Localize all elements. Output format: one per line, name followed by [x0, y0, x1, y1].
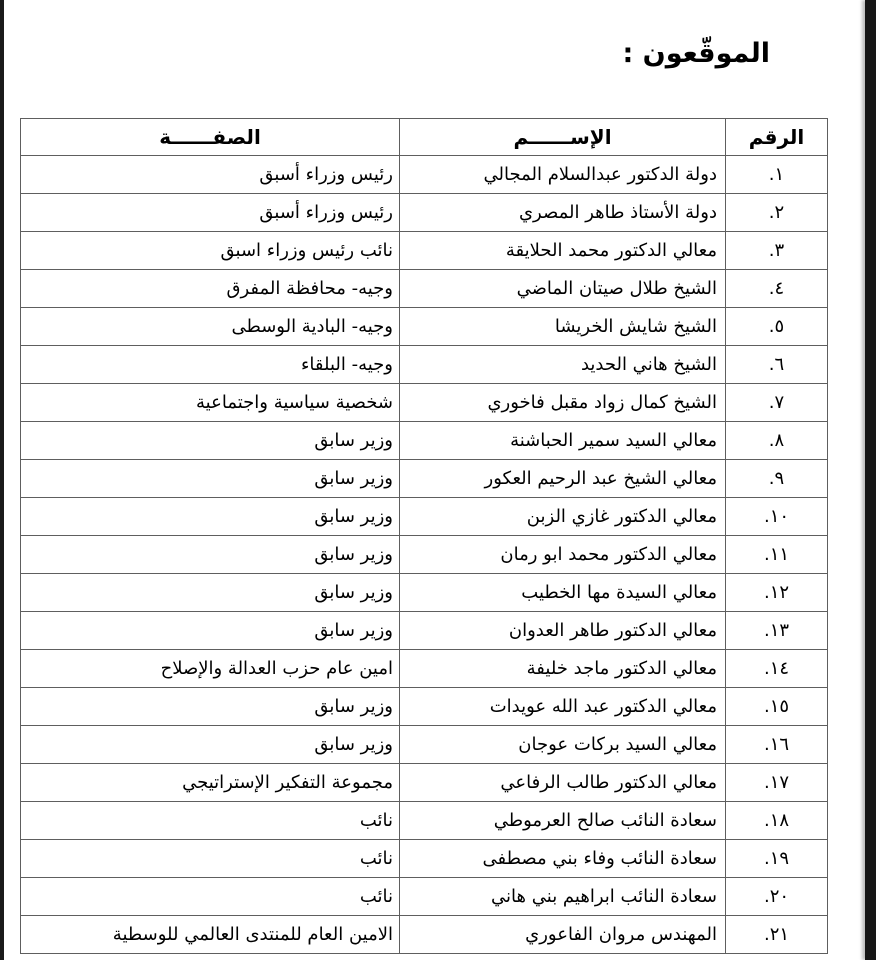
row-number: ٢٠.: [726, 878, 828, 916]
row-name: المهندس مروان الفاعوري: [400, 916, 726, 954]
scan-edge-right: [865, 0, 876, 960]
table-row: ١٦. معالي السيد بركات عوجان وزير سابق: [21, 726, 828, 764]
row-role: نائب: [21, 878, 400, 916]
row-name: سعادة النائب ابراهيم بني هاني: [400, 878, 726, 916]
row-name: الشيخ هاني الحديد: [400, 346, 726, 384]
table-row: ٢. دولة الأستاذ طاهر المصري رئيس وزراء أ…: [21, 194, 828, 232]
row-role: مجموعة التفكير الإستراتيجي: [21, 764, 400, 802]
row-name: معالي الدكتور محمد ابو رمان: [400, 536, 726, 574]
row-number: ٥.: [726, 308, 828, 346]
row-name: دولة الأستاذ طاهر المصري: [400, 194, 726, 232]
row-name: معالي الدكتور محمد الحلايقة: [400, 232, 726, 270]
table-row: ١٤. معالي الدكتور ماجد خليفة امين عام حز…: [21, 650, 828, 688]
table-row: ١٢. معالي السيدة مها الخطيب وزير سابق: [21, 574, 828, 612]
row-number: ١٩.: [726, 840, 828, 878]
row-number: ٤.: [726, 270, 828, 308]
header-number: الرقم: [726, 119, 828, 156]
table-row: ٩. معالي الشيخ عبد الرحيم العكور وزير سا…: [21, 460, 828, 498]
row-role: شخصية سياسية واجتماعية: [21, 384, 400, 422]
table-row: ١٩. سعادة النائب وفاء بني مصطفى نائب: [21, 840, 828, 878]
row-role: وجيه- البادية الوسطى: [21, 308, 400, 346]
row-number: ٦.: [726, 346, 828, 384]
row-number: ٩.: [726, 460, 828, 498]
row-role: وزير سابق: [21, 460, 400, 498]
row-number: ٣.: [726, 232, 828, 270]
table-row: ٨. معالي السيد سمير الحباشنة وزير سابق: [21, 422, 828, 460]
row-number: ١٦.: [726, 726, 828, 764]
row-role: نائب رئيس وزراء اسبق: [21, 232, 400, 270]
signatories-table: الرقم الإســــــم الصفــــــة ١. دولة ال…: [20, 118, 828, 954]
row-name: معالي السيد سمير الحباشنة: [400, 422, 726, 460]
row-number: ٨.: [726, 422, 828, 460]
table-row: ١٠. معالي الدكتور غازي الزبن وزير سابق: [21, 498, 828, 536]
scan-edge-left: [0, 0, 4, 960]
row-role: وزير سابق: [21, 574, 400, 612]
row-role: الامين العام للمنتدى العالمي للوسطية: [21, 916, 400, 954]
row-name: سعادة النائب صالح العرموطي: [400, 802, 726, 840]
row-name: سعادة النائب وفاء بني مصطفى: [400, 840, 726, 878]
row-role: وزير سابق: [21, 422, 400, 460]
row-role: نائب: [21, 802, 400, 840]
row-name: دولة الدكتور عبدالسلام المجالي: [400, 156, 726, 194]
table-row: ١١. معالي الدكتور محمد ابو رمان وزير ساب…: [21, 536, 828, 574]
row-number: ١٧.: [726, 764, 828, 802]
row-role: نائب: [21, 840, 400, 878]
table-row: ١٧. معالي الدكتور طالب الرفاعي مجموعة ال…: [21, 764, 828, 802]
row-name: الشيخ كمال زواد مقبل فاخوري: [400, 384, 726, 422]
row-role: وجيه- البلقاء: [21, 346, 400, 384]
row-name: معالي السيد بركات عوجان: [400, 726, 726, 764]
row-name: معالي الدكتور عبد الله عويدات: [400, 688, 726, 726]
table-row: ٢٠. سعادة النائب ابراهيم بني هاني نائب: [21, 878, 828, 916]
row-name: معالي الشيخ عبد الرحيم العكور: [400, 460, 726, 498]
document-page: الموقّعون : الرقم الإســــــم الصفــــــ…: [0, 0, 876, 960]
row-number: ١٢.: [726, 574, 828, 612]
row-role: رئيس وزراء أسبق: [21, 156, 400, 194]
header-name: الإســــــم: [400, 119, 726, 156]
table-row: ٥. الشيخ شايش الخريشا وجيه- البادية الوس…: [21, 308, 828, 346]
row-role: وزير سابق: [21, 536, 400, 574]
row-name: معالي الدكتور طالب الرفاعي: [400, 764, 726, 802]
row-number: ١٠.: [726, 498, 828, 536]
row-number: ١٥.: [726, 688, 828, 726]
row-role: وزير سابق: [21, 612, 400, 650]
row-number: ٢١.: [726, 916, 828, 954]
table-row: ١٥. معالي الدكتور عبد الله عويدات وزير س…: [21, 688, 828, 726]
row-role: رئيس وزراء أسبق: [21, 194, 400, 232]
row-role: وزير سابق: [21, 688, 400, 726]
table-row: ٤. الشيخ طلال صيتان الماضي وجيه- محافظة …: [21, 270, 828, 308]
table-row: ٣. معالي الدكتور محمد الحلايقة نائب رئيس…: [21, 232, 828, 270]
table-row: ١. دولة الدكتور عبدالسلام المجالي رئيس و…: [21, 156, 828, 194]
table-row: ١٣. معالي الدكتور طاهر العدوان وزير سابق: [21, 612, 828, 650]
row-number: ١٣.: [726, 612, 828, 650]
table-row: ٦. الشيخ هاني الحديد وجيه- البلقاء: [21, 346, 828, 384]
page-title: الموقّعون :: [622, 38, 770, 69]
row-number: ١٤.: [726, 650, 828, 688]
row-name: الشيخ شايش الخريشا: [400, 308, 726, 346]
row-role: وزير سابق: [21, 498, 400, 536]
row-name: معالي الدكتور غازي الزبن: [400, 498, 726, 536]
row-name: معالي الدكتور طاهر العدوان: [400, 612, 726, 650]
row-role: امين عام حزب العدالة والإصلاح: [21, 650, 400, 688]
table-row: ٧. الشيخ كمال زواد مقبل فاخوري شخصية سيا…: [21, 384, 828, 422]
signatories-table-body: ١. دولة الدكتور عبدالسلام المجالي رئيس و…: [21, 156, 828, 954]
row-role: وزير سابق: [21, 726, 400, 764]
table-row: ٢١. المهندس مروان الفاعوري الامين العام …: [21, 916, 828, 954]
row-name: معالي السيدة مها الخطيب: [400, 574, 726, 612]
header-role: الصفــــــة: [21, 119, 400, 156]
table-header-row: الرقم الإســــــم الصفــــــة: [21, 119, 828, 156]
row-number: ٧.: [726, 384, 828, 422]
row-role: وجيه- محافظة المفرق: [21, 270, 400, 308]
row-name: الشيخ طلال صيتان الماضي: [400, 270, 726, 308]
row-number: ٢.: [726, 194, 828, 232]
row-number: ١.: [726, 156, 828, 194]
row-name: معالي الدكتور ماجد خليفة: [400, 650, 726, 688]
row-number: ١١.: [726, 536, 828, 574]
table-row: ١٨. سعادة النائب صالح العرموطي نائب: [21, 802, 828, 840]
row-number: ١٨.: [726, 802, 828, 840]
